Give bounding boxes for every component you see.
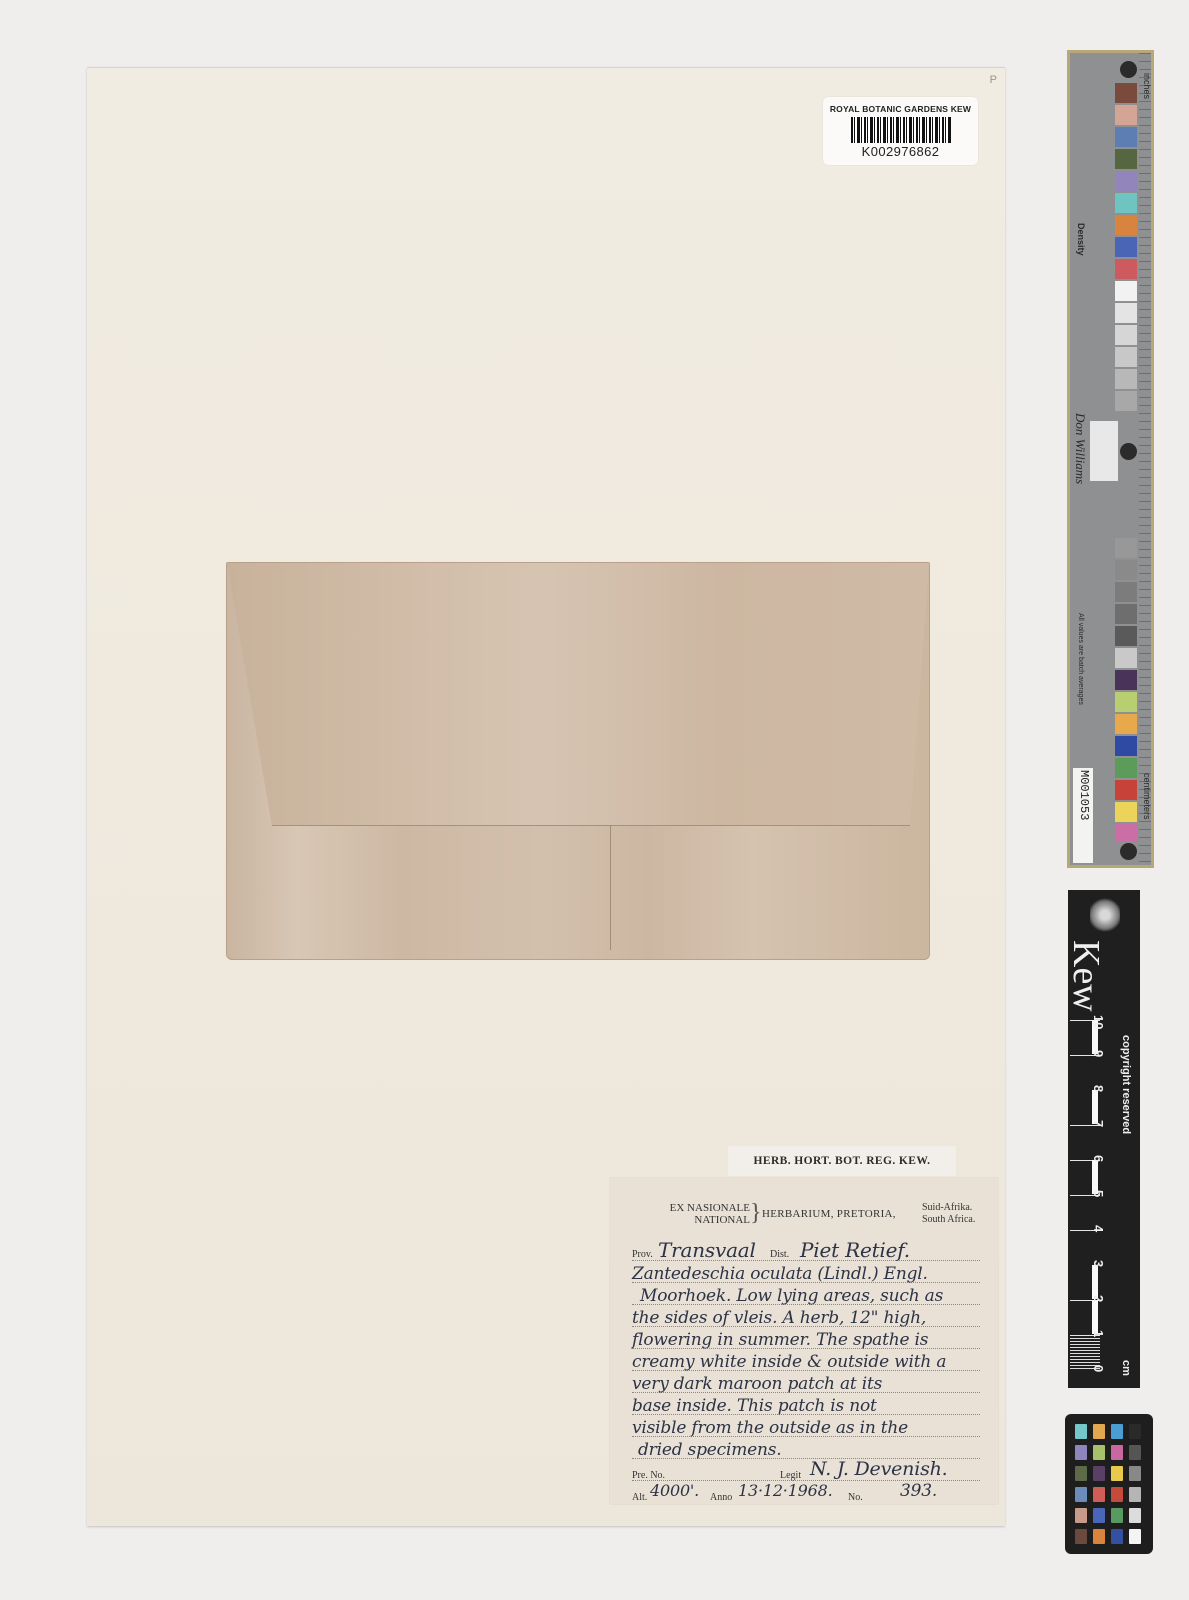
color-checker-cell	[1075, 1466, 1087, 1481]
pre-no-label: Pre. No.	[632, 1470, 665, 1481]
cm-number: 0	[1091, 1365, 1106, 1372]
header-south-africa: South Africa.	[922, 1214, 975, 1226]
color-swatch	[1115, 758, 1137, 778]
cm-block-inner	[1092, 1160, 1098, 1194]
color-checker-cell	[1093, 1424, 1105, 1439]
cm-number: 6	[1091, 1155, 1106, 1162]
color-checker-cell	[1111, 1424, 1123, 1439]
color-checker-cell	[1075, 1529, 1087, 1544]
color-checker-cell	[1075, 1445, 1087, 1460]
specimen-envelope[interactable]	[226, 562, 930, 960]
kew-crest-icon	[1090, 898, 1120, 932]
handwritten-line: the sides of vleis. A herb, 12" high,	[632, 1308, 926, 1328]
cm-block-inner	[1092, 1090, 1098, 1124]
density-label: Density	[1076, 223, 1086, 256]
herbarium-stamp: HERB. HORT. BOT. REG. KEW.	[728, 1146, 956, 1176]
ruler-tick-scale	[1139, 53, 1151, 865]
cm-number: 3	[1091, 1260, 1106, 1267]
cm-number: 10	[1091, 1015, 1106, 1029]
barcode-number: K002976862	[823, 144, 978, 159]
ruler-unit-centimeters: centimeters	[1142, 773, 1152, 820]
color-swatch	[1115, 824, 1137, 842]
cm-block-inner	[1092, 1265, 1098, 1299]
label-header: EX NASIONALE NATIONAL } HERBARIUM, PRETO…	[610, 1202, 998, 1232]
envelope-flap[interactable]	[227, 563, 929, 826]
color-swatch	[1115, 83, 1137, 103]
barcode-icon	[851, 117, 951, 143]
cm-block-inner	[1092, 1300, 1098, 1334]
color-swatch	[1115, 714, 1137, 734]
envelope-seam	[610, 825, 611, 950]
color-checker-cell	[1075, 1487, 1087, 1502]
handwritten-line: base inside. This patch is not	[632, 1396, 877, 1416]
prov-label: Prov.	[632, 1249, 653, 1260]
barcode-institution: ROYAL BOTANIC GARDENS KEW	[823, 104, 978, 114]
color-swatch	[1115, 780, 1137, 800]
gray-swatch	[1115, 538, 1137, 558]
color-checker-cell	[1093, 1487, 1105, 1502]
color-checker-cell	[1129, 1466, 1141, 1481]
gray-swatch	[1115, 347, 1137, 367]
color-checker-cell	[1129, 1445, 1141, 1460]
prov-value: Transvaal	[658, 1238, 756, 1262]
color-checker-cell	[1111, 1487, 1123, 1502]
cm-number: 2	[1091, 1295, 1106, 1302]
barcode-label: ROYAL BOTANIC GARDENS KEW K002976862	[823, 97, 978, 165]
ruler-hole-icon	[1120, 443, 1137, 460]
anno-label: Anno	[710, 1492, 732, 1503]
copyright-text: copyright reserved	[1120, 1035, 1132, 1134]
gray-swatch	[1115, 560, 1137, 580]
handwritten-line: flowering in summer. The spathe is	[632, 1330, 928, 1350]
color-swatch	[1115, 692, 1137, 712]
kew-scale-bar: Kew 10 9 8 7 6 5 4 3 2 1 0 copyright res…	[1068, 890, 1140, 1388]
header-ex-nasionale: EX NASIONALE	[632, 1202, 750, 1214]
color-checker-cell	[1129, 1424, 1141, 1439]
cm-number: 9	[1091, 1050, 1106, 1057]
color-swatch	[1115, 171, 1137, 191]
gray-swatch	[1115, 391, 1137, 411]
color-swatch	[1115, 127, 1137, 147]
brace-icon: }	[750, 1200, 762, 1226]
color-checker-cell	[1111, 1466, 1123, 1481]
alt-label: Alt.	[632, 1492, 647, 1503]
gray-swatch	[1115, 648, 1137, 668]
gray-swatch	[1115, 582, 1137, 602]
color-swatch	[1115, 736, 1137, 756]
color-swatch	[1115, 149, 1137, 169]
brand-text: Don Williams	[1072, 413, 1088, 484]
color-swatch	[1115, 259, 1137, 279]
handwritten-line: Zantedeschia oculata (Lindl.) Engl.	[632, 1264, 928, 1284]
legit-label: Legit	[780, 1470, 801, 1481]
cm-number: 7	[1091, 1120, 1106, 1127]
gray-swatch	[1115, 604, 1137, 624]
color-checker-cell	[1093, 1466, 1105, 1481]
header-national: NATIONAL	[632, 1214, 750, 1226]
kew-logo: Kew	[1064, 940, 1108, 1012]
color-checker-chart	[1065, 1414, 1153, 1554]
color-swatch	[1115, 237, 1137, 257]
header-herbarium-pretoria: HERBARIUM, PRETORIA,	[762, 1208, 896, 1220]
gray-swatch	[1115, 281, 1137, 301]
no-value: 393.	[900, 1481, 937, 1501]
color-swatch	[1115, 105, 1137, 125]
color-checker-cell	[1075, 1508, 1087, 1523]
handwritten-line: visible from the outside as in the	[632, 1418, 908, 1438]
gray-swatch	[1115, 369, 1137, 389]
gray-swatch	[1115, 325, 1137, 345]
ruler-unit-inches: inches	[1142, 73, 1152, 99]
color-swatch	[1115, 670, 1137, 690]
handwritten-line: dried specimens.	[638, 1440, 781, 1460]
color-checker-cell	[1129, 1508, 1141, 1523]
color-swatch	[1115, 193, 1137, 213]
gray-swatch	[1115, 303, 1137, 323]
cm-scale-blocks	[1070, 1020, 1100, 1380]
cm-number: 8	[1091, 1085, 1106, 1092]
cm-number: 5	[1091, 1190, 1106, 1197]
color-checker-cell	[1093, 1445, 1105, 1460]
color-checker-cell	[1129, 1529, 1141, 1544]
target-card	[1090, 421, 1118, 481]
color-checker-cell	[1093, 1529, 1105, 1544]
handwritten-line: Moorhoek. Low lying areas, such as	[640, 1286, 943, 1306]
color-checker-cell	[1111, 1445, 1123, 1460]
specimen-label: EX NASIONALE NATIONAL } HERBARIUM, PRETO…	[610, 1178, 998, 1504]
color-checker-cell	[1111, 1529, 1123, 1544]
no-label: No.	[848, 1492, 863, 1503]
color-checker-cell	[1075, 1424, 1087, 1439]
sheet-corner-mark: P	[990, 74, 997, 86]
label-header-left: EX NASIONALE NATIONAL	[632, 1202, 750, 1226]
dist-label: Dist.	[770, 1249, 789, 1260]
color-checker-cell	[1093, 1508, 1105, 1523]
color-checker-cell	[1111, 1508, 1123, 1523]
label-header-right: Suid-Afrika. South Africa.	[922, 1202, 975, 1226]
ruler-code: M001053	[1077, 770, 1091, 820]
cm-unit-label: cm	[1120, 1360, 1132, 1376]
color-checker-cell	[1129, 1487, 1141, 1502]
ruler-hole-icon	[1120, 61, 1137, 78]
header-suid-afrika: Suid-Afrika.	[922, 1202, 975, 1214]
ruler-code-label: M001053	[1073, 768, 1093, 863]
handwritten-line: very dark maroon patch at its	[632, 1374, 882, 1394]
color-swatch	[1115, 215, 1137, 235]
color-calibration-ruler: inches centimeters Density Don Williams …	[1067, 50, 1154, 868]
alt-value: 4000'.	[650, 1481, 699, 1500]
color-swatch	[1115, 802, 1137, 822]
ruler-hole-icon	[1120, 843, 1137, 860]
ruler-footnote: All values are batch averages	[1077, 613, 1084, 705]
cm-number: 1	[1091, 1330, 1106, 1337]
dist-value: Piet Retief.	[800, 1238, 910, 1262]
cm-number: 4	[1091, 1225, 1106, 1232]
legit-value: N. J. Devenish.	[810, 1458, 948, 1480]
handwritten-line: creamy white inside & outside with a	[632, 1352, 946, 1372]
anno-value: 13·12·1968.	[738, 1481, 833, 1500]
gray-swatch	[1115, 626, 1137, 646]
